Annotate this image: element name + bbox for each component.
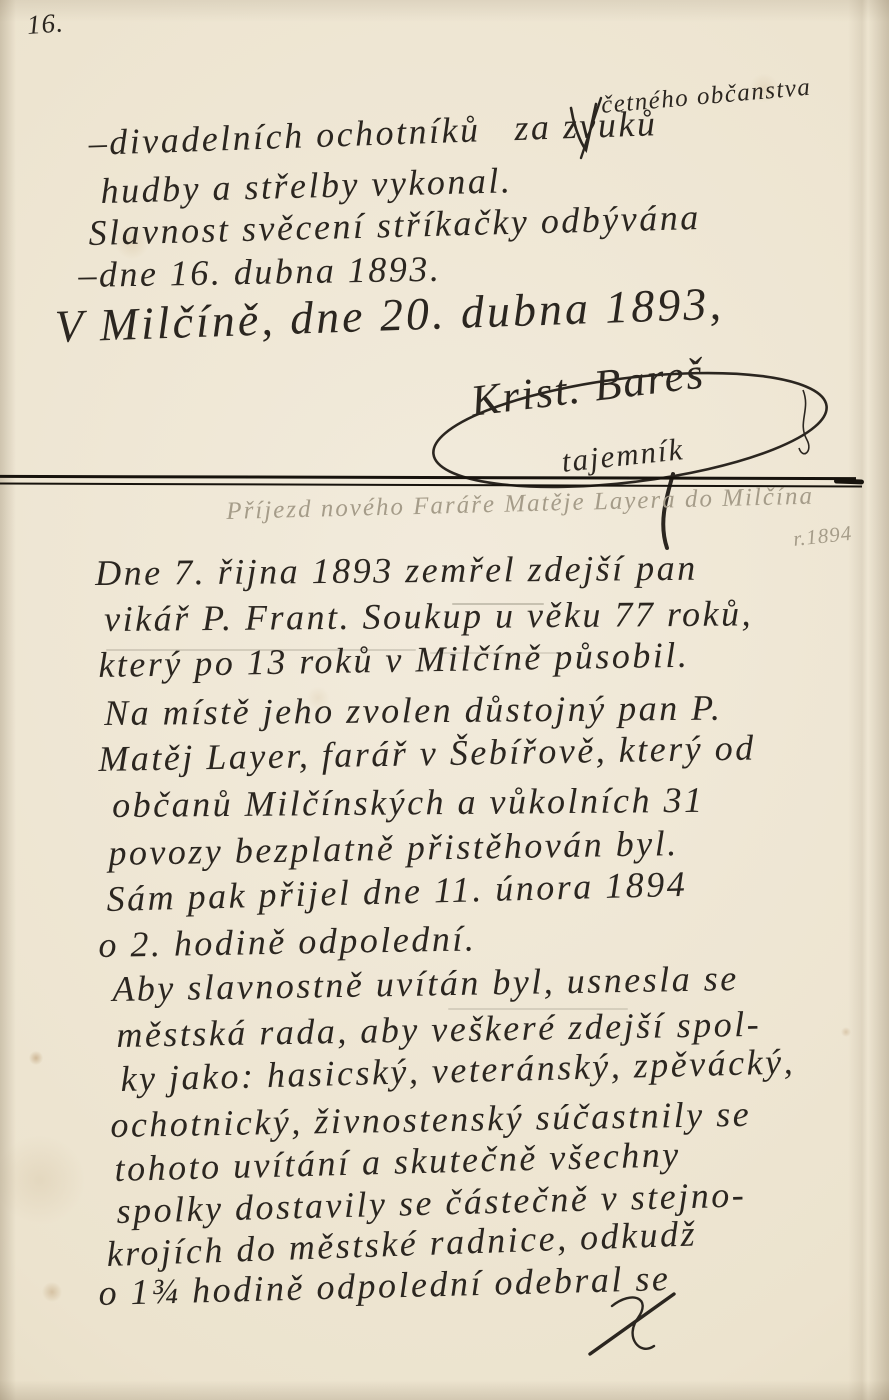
manuscript-line: o 2. hodině odpolední. [98, 917, 477, 966]
manuscript-page: 16. četného občanstva –divadelních ochot… [0, 0, 889, 1400]
manuscript-line: Na místě jeho zvolen důstojný pan P. [104, 687, 723, 734]
manuscript-line: který po 13 roků v Milčíně působil. [98, 634, 690, 686]
separator-rule-end-blob [834, 478, 864, 484]
manuscript-line: Aby slavnostně uvítán byl, usnesla se [112, 957, 739, 1010]
end-flourish-mark [578, 1288, 690, 1362]
manuscript-line: vikář P. Frant. Soukup u věku 77 roků, [104, 592, 753, 640]
manuscript-line: občanů Milčínských a vůkolních 31 [112, 779, 705, 826]
manuscript-line: Matěj Layer, farář v Šebířově, který od [98, 727, 756, 780]
page-number: 16. [26, 7, 65, 40]
line-text-after-caret: za zvuků [514, 103, 658, 148]
caret-gap [481, 140, 515, 141]
manuscript-line: Dne 7. řijna 1893 zemřel zdejší pan [95, 547, 698, 594]
line-text-before-caret: –divadelních ochotníků [88, 109, 481, 163]
